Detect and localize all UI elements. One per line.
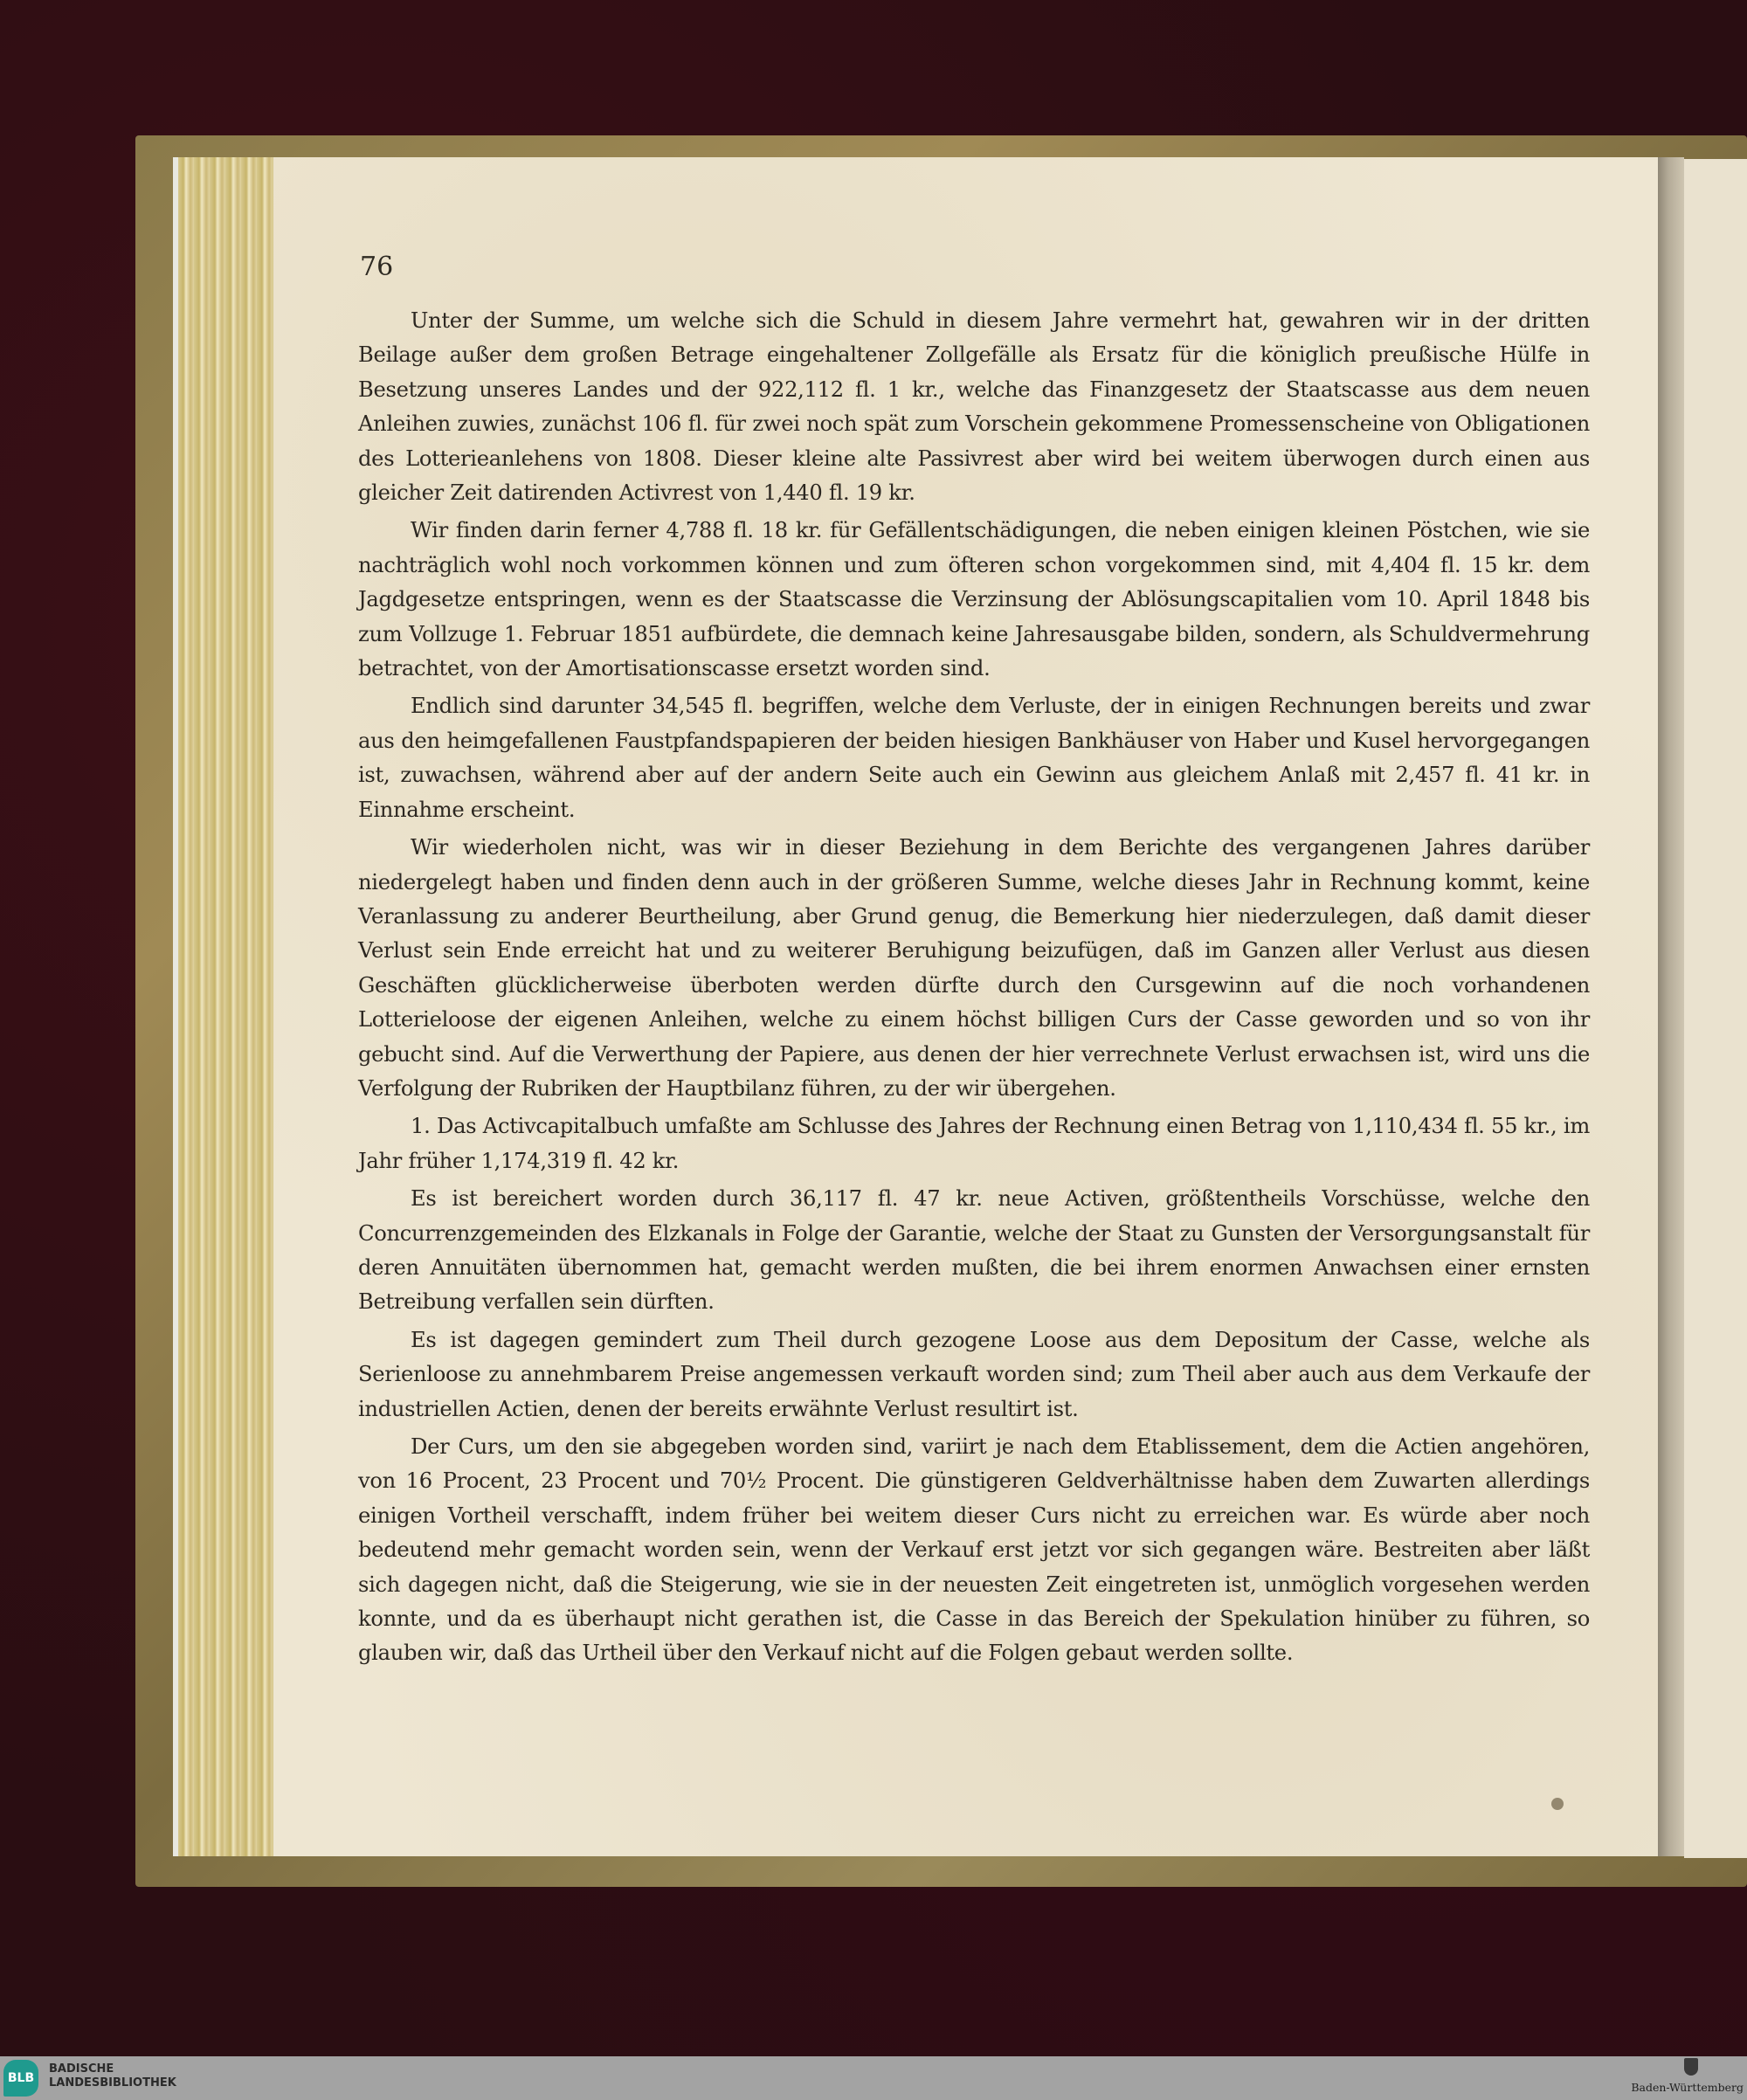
library-name-line1: BADISCHE [49,2062,176,2076]
page-number: 76 [360,252,393,282]
page-edges [173,157,279,1856]
paragraph: Wir wiederholen nicht, was wir in dieser… [358,831,1590,1106]
library-name-line2: LANDESBIBLIOTHEK [49,2076,176,2090]
ink-spot [1551,1798,1564,1810]
blb-logo-icon: BLB [3,2060,38,2097]
paragraph: Endlich sind darunter 34,545 fl. begriff… [358,689,1590,827]
library-name: BADISCHE LANDESBIBLIOTHEK [49,2062,176,2090]
paragraph: 1. Das Activcapitalbuch umfaßte am Schlu… [358,1109,1590,1178]
paragraph: Wir finden darin ferner 4,788 fl. 18 kr.… [358,514,1590,686]
state-name: Baden-Württemberg [1631,2081,1744,2094]
coat-of-arms-icon [1684,2058,1698,2076]
facing-page-edge [1684,159,1747,1858]
paragraph: Es ist dagegen gemindert zum Theil durch… [358,1323,1590,1426]
footer-bar [0,2056,1747,2100]
paragraph: Der Curs, um den sie abgegeben worden si… [358,1430,1590,1671]
paragraph: Es ist bereichert worden durch 36,117 fl… [358,1182,1590,1320]
page-body-text: Unter der Summe, um welche sich die Schu… [358,304,1590,1675]
book-gutter [1658,157,1684,1856]
paragraph: Unter der Summe, um welche sich die Schu… [358,304,1590,510]
